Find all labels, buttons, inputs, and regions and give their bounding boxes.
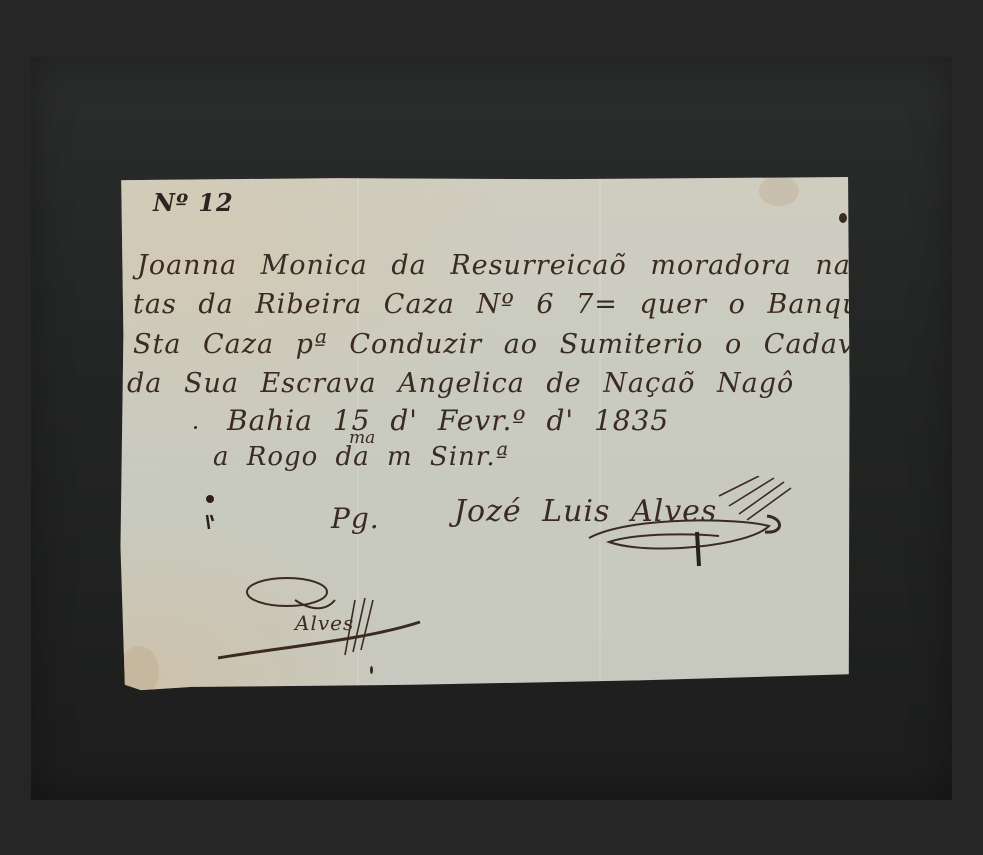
margin-ink-mark-icon [203,493,217,533]
ink-blot [839,213,847,223]
body-line-3: Sta Caza pª Conduzir ao Sumiterio o Cada… [133,329,885,360]
ink-dot [370,666,373,674]
document-number: Nº 12 [153,188,234,217]
pg-mark: Pg. [331,502,380,535]
ink-dot [194,426,197,429]
photo-frame: Nº 12 Joanna Monica da Resurreicaõ morad… [0,0,983,855]
signature-rubric-icon [569,476,809,586]
body-line-4: da Sua Escrava Angelica de Naçaõ Nagô [127,368,794,399]
body-line-2: tas da Ribeira Caza Nº 6 7= quer o Banqu… [133,289,934,320]
second-signature-name: Alves [295,611,354,635]
date-line: Bahia 15 d' Fevr.º d' 1835 [227,404,669,437]
request-line: a Rogo da m Sinr.ª [213,442,509,472]
paper-stain [759,176,799,206]
manuscript-paper: Nº 12 Joanna Monica da Resurreicaõ morad… [119,176,851,706]
body-line-1: Joanna Monica da Resurreicaõ moradora na… [137,250,962,281]
